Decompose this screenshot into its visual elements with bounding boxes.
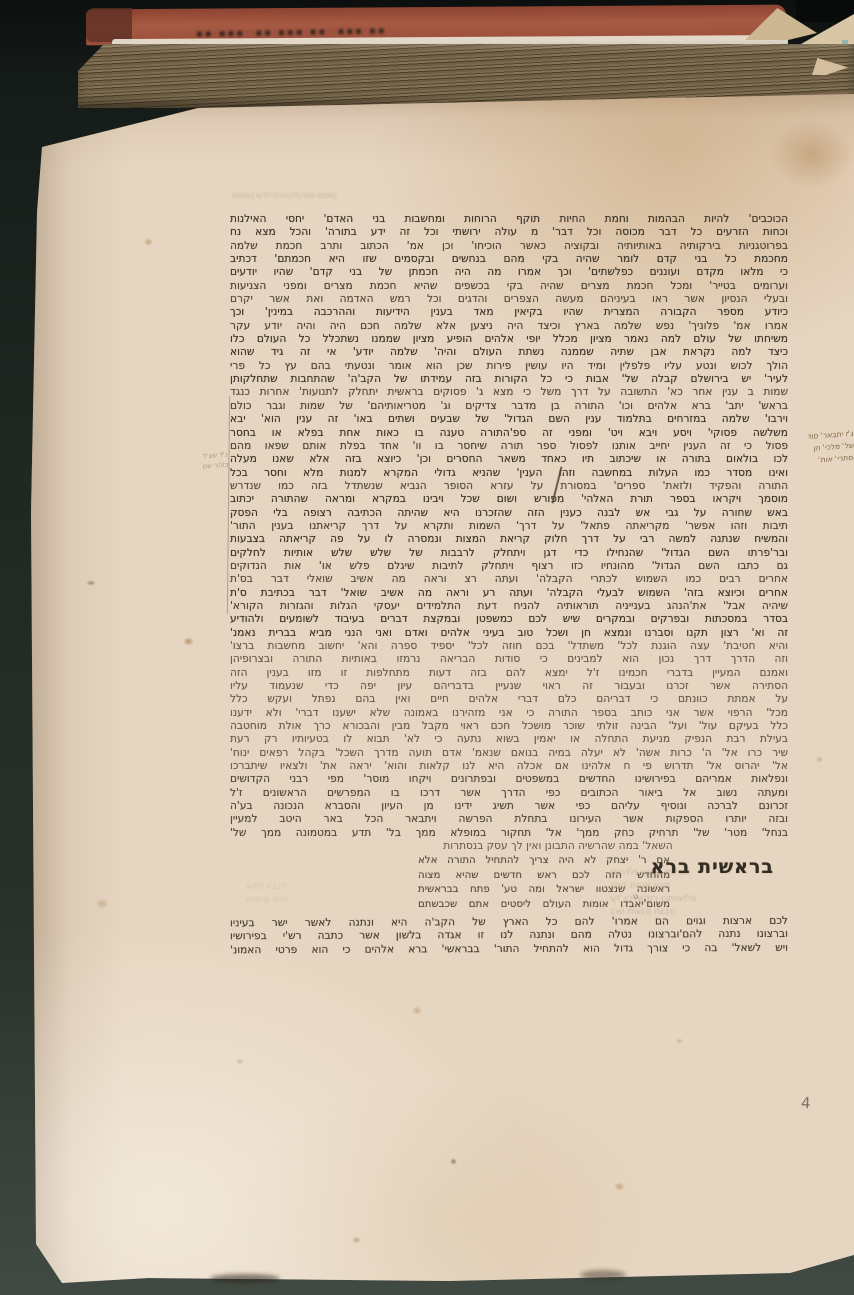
- scanned-book-photo: ▪▪·▪▪▪··▪▪·▪▪▪·▪▪··▪▪▪·▪▪ ותכונן עיר סיח…: [0, 0, 854, 1295]
- body-text-line: אמרו אמ' פלוניך' נפש שלמה בארץ וכיצד היה…: [230, 320, 788, 333]
- paragraph-end-line: השאל' במה שהרשיה התבונן ואין לך עסק בנסת…: [408, 840, 708, 854]
- body-text-line: כי מלאו מקדם ועוננים כפלשתים' וכך אמרו מ…: [230, 266, 788, 279]
- folio-number: 4: [801, 1094, 811, 1112]
- section-opening: בראשית ברא אם ר' יצחק לא היה צריך להתחיל…: [230, 854, 788, 916]
- body-text-line: כיצד למה נקראת אבן שתיה שממנה נשתת העולם…: [230, 346, 788, 359]
- body-text-line: והיא חטיבת' עצה הוגנת לכל' משתדל' בכם חו…: [230, 640, 788, 653]
- foxing-spot: [352, 1236, 361, 1244]
- bottom-edge-smudge: [210, 1274, 280, 1283]
- body-text-line: לכו בולאום בתורה או שיכתוב תיו כאחד משאר…: [230, 453, 788, 466]
- body-text-line: גם כתבו השם הגדול' מהונחיו כזו רצוף ויתח…: [230, 560, 788, 573]
- body-text-line: בנחל' מטר' של' תרחיק כחק ממך' אל' תחקור …: [230, 827, 788, 840]
- foxing-spot: [770, 120, 854, 190]
- body-text-line: ובר'פרתו השם הגדול' שהנחילו כדי דגן ויתח…: [230, 547, 788, 560]
- foxing-spot: [86, 580, 96, 586]
- show-through-line: וקהלת יעקב מורשה: [610, 866, 788, 879]
- foxing-spot: [236, 1058, 244, 1065]
- foxing-spot: [614, 1182, 625, 1191]
- body-text-line: התורה והפקיד ולזאת' ספרים' במסורת על עזר…: [230, 480, 788, 493]
- body-text-line: ונפלאות אמריהם בפירושינו החדשים במשפטים …: [230, 773, 788, 786]
- closing-paragraph: לכם ארצות וגוים הם אמרו' להם כל הארץ של …: [230, 915, 788, 957]
- bottom-edge-smudge: [580, 1270, 626, 1280]
- foxing-spot: [676, 1038, 683, 1044]
- body-text-line: וירבו' שלמה במזרחים בתלמוד ענין השם הגדו…: [230, 413, 788, 426]
- foxing-spot: [450, 1158, 457, 1165]
- body-text-line: הכוכבים' להיות הבהמות וחמת החיות תוקף הר…: [230, 213, 788, 226]
- body-text-line: ומעתה נשוב אל ביאור הכתובים כפי הדרך אשר…: [230, 787, 788, 800]
- body-text-line: מחכמת כל בני קדם לומר שהיה בקי מהם בנחשי…: [230, 253, 788, 266]
- closing-text-line: ויש לשאל' בה כי צורך גדול הוא להתחיל התו…: [230, 942, 788, 958]
- body-text-line: והמשיח שנתנה למשה רבי על דרך חלוק קריאת …: [230, 533, 788, 546]
- body-text-line: וערומים בטייר' ומכל חכמת מצרים שהיה בקי …: [230, 280, 788, 293]
- foxing-spot: [144, 238, 153, 246]
- body-text-line: בפרוטגניות בירקותיה באותיותיה ובקוציה כא…: [230, 240, 788, 253]
- foxing-spot: [816, 756, 823, 763]
- body-text-line: בעילת רבת הנפיק מניעת התחלה או יאמין בשו…: [230, 733, 788, 746]
- show-through-text: אלה דבריהימים אשר: [246, 880, 396, 906]
- show-through-line: ביום ההוא יהיה: [610, 879, 788, 892]
- show-through-line: הימים אשר: [246, 893, 396, 906]
- handwritten-margin-note-right: ג'ז יתבאר' סודשל' מלכי' וזןוסתרי' אות': [791, 428, 854, 468]
- body-text-line: מוסמך ויקראו בספר תורת האלהי' מפורש ושום…: [230, 493, 788, 506]
- foxing-spot: [95, 898, 109, 909]
- body-text-line: כיודע מספר הקבורה המצרית שהיו בקיאין מאד…: [230, 306, 788, 319]
- body-text-line: הולך לכוש ונטע עליו פלפלין ומיד היו עושי…: [230, 360, 788, 373]
- body-text-line: לעיר' יש בירושלם קבלה של' אבות כי כל הקו…: [230, 373, 788, 386]
- body-text-line: אחרים רבים כמו השמוש לכתרי הקבלה' ועתה ר…: [230, 573, 788, 586]
- body-text-line: ובעלי הנסיון אשר ראו בעיניהם מעשה הצפרים…: [230, 293, 788, 306]
- top-right-dark-corner: [796, 0, 854, 22]
- body-text-line: על אמתת כוונתם כי דבריהם כלם דברי אלהים …: [230, 693, 788, 706]
- foxing-spot: [412, 1006, 422, 1015]
- body-text-line: שמות ב ענין אחר כא' התשובה על דרך משל כי…: [230, 386, 788, 399]
- body-text-line: בסדר במסכתות ובפרקים ובמקרים שיש לכם כמש…: [230, 613, 788, 626]
- body-paragraph: הכוכבים' להיות הבהמות וחמת החיות תוקף הר…: [230, 213, 788, 840]
- body-text-line: כלל בעיקם עול' ועל' הבינה זולתי שוכר מוש…: [230, 720, 788, 733]
- body-text-line: משיחתו של עולם למה נאמר מציון מכלל יופי …: [230, 333, 788, 346]
- body-text-line: וזה הדרך דרך נכון הוא למבינים כי סודות ה…: [230, 653, 788, 666]
- body-text-line: באש שחורה על גבי אש לבנה כענין הזה שהזכר…: [230, 507, 788, 520]
- show-through-text: ותכונן עיר סיחון כי אש יצאהמחשבון להבה מ…: [232, 190, 652, 214]
- body-text-line: זה וא' רצון תקנו וסברנו ונמצא חן ושכל טו…: [230, 627, 788, 640]
- body-text-line: ואמנם המעיין בדברי חכמינו ז'ל ימצא להם ב…: [230, 667, 788, 680]
- show-through-line: אלה דברי: [246, 880, 396, 893]
- body-text-line: הסתירה אשר זכרנו ובעבור זה ראוי שנעיין ב…: [230, 680, 788, 693]
- printed-text-block: הכוכבים' להיות הבהמות וחמת החיות תוקף הר…: [230, 213, 788, 956]
- body-text-line: ואינו מסדר כמו העלות במחשבה וזהו הענין' …: [230, 467, 788, 480]
- body-text-line: שיהיה אבל' את'הנהג בענייניה תוראותיה להנ…: [230, 600, 788, 613]
- body-text-line: אחרים וכיוצא בזה' השמוש לבעלי הקבלה' ועת…: [230, 587, 788, 600]
- body-text-line: אל' יהרוס אל' תדרוש פי ח אלהינו אם אכלה …: [230, 760, 788, 773]
- section-mark: ט: [633, 892, 638, 901]
- foxing-spot: [183, 637, 194, 646]
- body-text-line: משלשה פסוקי' ויסע ויבא ויט' ומפני זה ספ'…: [230, 427, 788, 440]
- body-text-line: שיר כרו אל' ה' כרות אשה' לא יעלה במיה בנ…: [230, 747, 788, 760]
- body-text-line: וכחות הזרעים כל דבר מכוסה וכל דבר' מ עול…: [230, 226, 788, 239]
- body-text-line: בראש' יתב' ברא אלהים וכו' התורה בן מדבר …: [230, 400, 788, 413]
- body-text-line: זכרונם לברכה ונוסיף עליהם כפי אשר תשיג י…: [230, 800, 788, 813]
- body-text-line: ובזה יותרו הספקות אשר העירונו בתחלת הפרש…: [230, 813, 788, 826]
- body-text-line: מכל' הרפוי אשר אני כותב בספר התורה כי אנ…: [230, 707, 788, 720]
- body-text-line: תיבות וזהו אפשר' מקריאתה פתאל' על דרך' ה…: [230, 520, 788, 533]
- body-text-line: פסול כי זה הענין יחייב אותנו לפסול ספר ת…: [230, 440, 788, 453]
- edge-dark-smudge: [86, 8, 132, 42]
- show-through-line: מחשבון להבה מקרית סיחון: [232, 190, 335, 202]
